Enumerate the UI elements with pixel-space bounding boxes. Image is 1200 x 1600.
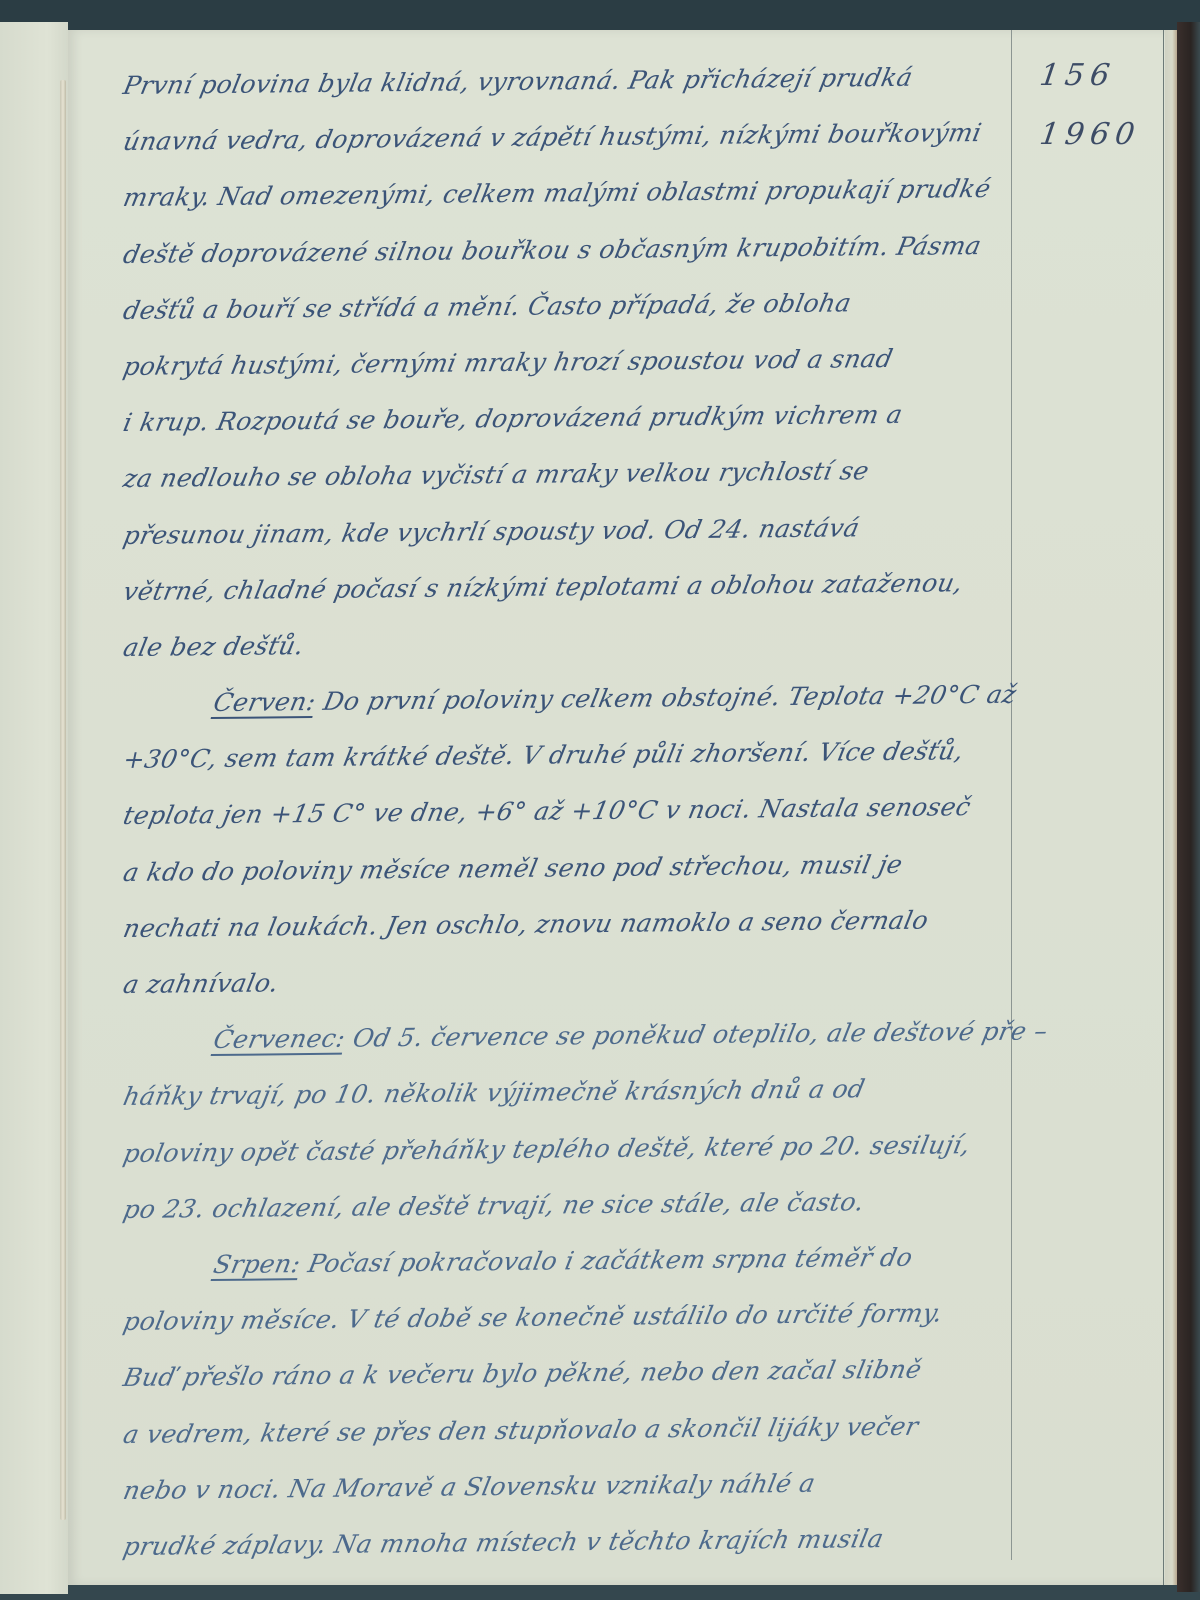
page-edge-line: [1163, 30, 1164, 1585]
text-line: a zahnívalo.: [116, 956, 1009, 1021]
text-line: a kdo do poloviny měsíce neměl seno pod …: [116, 843, 1009, 908]
text-line: Buď přešlo ráno a k večeru bylo pěkné, n…: [116, 1349, 1009, 1414]
margin-rule: [1011, 30, 1012, 1560]
text-line: pokrytá hustými, černými mraky hrozí spo…: [116, 338, 1009, 403]
text-span: Do první poloviny celkem obstojné. Teplo…: [313, 680, 1019, 716]
handwritten-text: První polovina byla klidná, vyrovnaná. P…: [122, 66, 1002, 1583]
left-page-edge: [0, 22, 68, 1594]
heading-july: Červenec:: [211, 1024, 348, 1054]
text-line: teplota jen +15 C° ve dne, +6° až +10°C …: [116, 787, 1009, 852]
text-line: únavná vedra, doprovázená v zápětí hustý…: [116, 113, 1009, 178]
text-line: za nedlouho se obloha vyčistí a mraky ve…: [116, 450, 1009, 515]
heading-august: Srpen:: [211, 1249, 303, 1279]
section-june-first-line: Červen: Do první poloviny celkem obstojn…: [116, 675, 1009, 740]
text-line: deště doprovázené silnou bouřkou s občas…: [116, 225, 1009, 290]
text-line: poloviny měsíce. V té době se konečně us…: [116, 1293, 1009, 1358]
section-july-first-line: Červenec: Od 5. července se poněkud otep…: [116, 1012, 1009, 1077]
text-line: háňky trvají, po 10. několik výjimečně k…: [116, 1068, 1009, 1133]
text-span: Od 5. července se poněkud oteplilo, ale …: [342, 1017, 1050, 1053]
text-line: nechati na loukách. Jen oschlo, znovu na…: [116, 900, 1009, 965]
text-line: První polovina byla klidná, vyrovnaná. P…: [116, 57, 1009, 122]
section-august-first-line: Srpen: Počasí pokračovalo i začátkem srp…: [116, 1237, 1009, 1302]
text-line: prudké záplavy. Na mnoha místech v těcht…: [116, 1518, 1009, 1583]
text-span: Počasí pokračovalo i začátkem srpna témě…: [297, 1243, 915, 1278]
heading-june: Červen:: [211, 687, 319, 717]
page-number: 156: [1038, 58, 1143, 93]
text-line: po 23. ochlazení, ale deště trvají, ne s…: [116, 1181, 1009, 1246]
text-line: přesunou jinam, kde vychrlí spousty vod.…: [116, 506, 1009, 571]
text-line: i krup. Rozpoutá se bouře, doprovázená p…: [116, 394, 1009, 459]
book-cover-edge: [1177, 22, 1200, 1592]
margin-notes: 156 1960: [1040, 58, 1140, 176]
year-note: 1960: [1038, 117, 1143, 152]
page-stack-edge: [1165, 30, 1177, 1585]
text-line: mraky. Nad omezenými, celkem malými obla…: [116, 169, 1009, 234]
text-line: +30°C, sem tam krátké deště. V druhé půl…: [116, 731, 1009, 796]
text-line: nebo v noci. Na Moravě a Slovensku vznik…: [116, 1461, 1009, 1526]
text-line: dešťů a bouří se střídá a mění. Často př…: [116, 282, 1009, 347]
text-line: větrné, chladné počasí s nízkými teplota…: [116, 562, 1009, 627]
text-line: a vedrem, které se přes den stupňovalo a…: [116, 1405, 1009, 1470]
text-line: ale bez dešťů.: [116, 619, 1009, 684]
book-photo-scene: 156 1960 První polovina byla klidná, vyr…: [0, 0, 1200, 1600]
text-line: poloviny opět časté přeháňky teplého deš…: [116, 1124, 1009, 1189]
binding-gutter: [60, 80, 66, 1520]
